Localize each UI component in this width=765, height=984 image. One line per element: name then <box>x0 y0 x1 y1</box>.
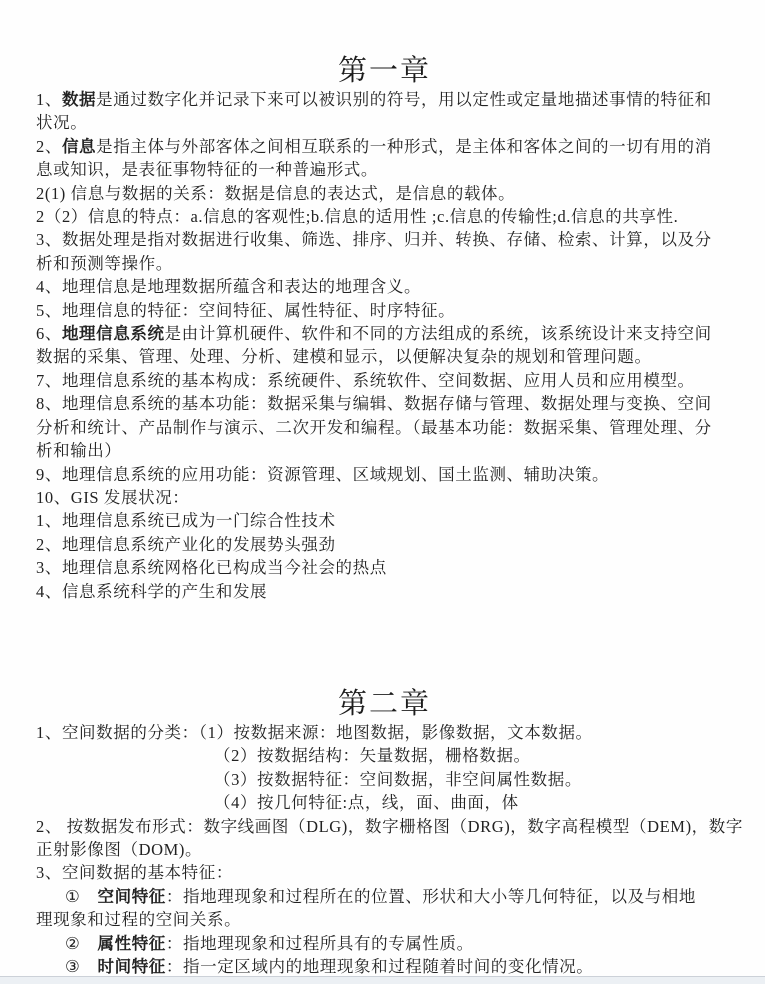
chapter-title: 第二章 <box>36 687 733 721</box>
text-segment: （2）按数据结构：矢量数据，栅格数据。 <box>214 746 531 765</box>
text-segment: 是通过数字化并记录下来可以被识别的符号，用以定性或定量地描述事情的特征和 <box>96 90 712 109</box>
text-line: 析和预测等操作。 <box>36 252 733 275</box>
text-line: ② 属性特征：指地理现象和过程所具有的专属性质。 <box>36 932 733 955</box>
text-line: 2、地理信息系统产业化的发展势头强劲 <box>36 533 733 556</box>
chapter-lines: 1、空间数据的分类：（1）按数据来源：地图数据，影像数据，文本数据。（2）按数据… <box>36 721 733 978</box>
text-segment: ：指一定区域内的地理现象和过程随着时间的变化情况。 <box>166 957 594 976</box>
text-line: 8、地理信息系统的基本功能：数据采集与编辑、数据存储与管理、数据处理与变换、空间 <box>36 392 733 415</box>
text-line: 6、地理信息系统是由计算机硬件、软件和不同的方法组成的系统，该系统设计来支持空间 <box>36 322 733 345</box>
text-segment: 正射影像图（DOM)。 <box>36 840 202 859</box>
text-segment: 3、地理信息系统网格化已构成当今社会的热点 <box>36 558 387 577</box>
text-segment: 分析和统计、产品制作与演示、二次开发和编程。（最基本功能：数据采集、管理处理、分 <box>36 418 712 437</box>
page-bottom-edge <box>0 976 765 984</box>
text-line: 息或知识，是表征事物特征的一种普遍形式。 <box>36 158 733 181</box>
chapter-title: 第一章 <box>36 54 733 88</box>
text-segment: 2、 按数据发布形式：数字线画图（DLG)，数字栅格图（DRG)，数字高程模型（… <box>36 817 743 836</box>
text-line: 分析和统计、产品制作与演示、二次开发和编程。（最基本功能：数据采集、管理处理、分 <box>36 416 733 439</box>
text-line: 9、地理信息系统的应用功能：资源管理、区域规划、国土监测、辅助决策。 <box>36 463 733 486</box>
document-content: 第一章 1、数据是通过数字化并记录下来可以被识别的符号，用以定性或定量地描述事情… <box>36 0 733 978</box>
text-line: （4）按几何特征:点，线，面、曲面，体 <box>36 791 733 814</box>
chapter-lines: 1、数据是通过数字化并记录下来可以被识别的符号，用以定性或定量地描述事情的特征和… <box>36 88 733 603</box>
text-segment: 2、地理信息系统产业化的发展势头强劲 <box>36 535 336 554</box>
text-line: 3、空间数据的基本特征： <box>36 861 733 884</box>
text-segment: 3、空间数据的基本特征： <box>36 863 233 882</box>
text-segment: （3）按数据特征：空间数据，非空间属性数据。 <box>214 770 582 789</box>
text-line: 3、数据处理是指对数据进行收集、筛选、排序、归并、转换、存储、检索、计算，以及分 <box>36 228 733 251</box>
text-segment: 析和输出） <box>36 441 122 460</box>
text-line: ③ 时间特征：指一定区域内的地理现象和过程随着时间的变化情况。 <box>36 955 733 978</box>
chapter-2: 第二章 1、空间数据的分类：（1）按数据来源：地图数据，影像数据，文本数据。（2… <box>36 687 733 978</box>
text-segment: 10、GIS 发展状况： <box>36 488 189 507</box>
bold-term: 信息 <box>62 137 96 156</box>
text-line: 正射影像图（DOM)。 <box>36 838 733 861</box>
bold-term: 空间特征 <box>98 887 166 906</box>
text-segment: 1、 <box>36 90 62 109</box>
text-segment: 2(1) 信息与数据的关系：数据是信息的表达式，是信息的载体。 <box>36 184 515 203</box>
text-segment: 是指主体与外部客体之间相互联系的一种形式，是主体和客体之间的一切有用的消 <box>96 137 712 156</box>
text-line: 1、数据是通过数字化并记录下来可以被识别的符号，用以定性或定量地描述事情的特征和 <box>36 88 733 111</box>
text-line: 2、 按数据发布形式：数字线画图（DLG)，数字栅格图（DRG)，数字高程模型（… <box>36 815 733 838</box>
text-segment: 2、 <box>36 137 62 156</box>
text-segment: 7、地理信息系统的基本构成：系统硬件、系统软件、空间数据、应用人员和应用模型。 <box>36 371 695 390</box>
text-segment: ：指地理现象和过程所在的位置、形状和大小等几何特征，以及与相地 <box>166 887 696 906</box>
text-segment: 是由计算机硬件、软件和不同的方法组成的系统，该系统设计来支持空间 <box>165 324 712 343</box>
text-line: 3、地理信息系统网格化已构成当今社会的热点 <box>36 556 733 579</box>
document-page: 第一章 1、数据是通过数字化并记录下来可以被识别的符号，用以定性或定量地描述事情… <box>0 0 765 984</box>
bold-term: 属性特征 <box>98 934 166 953</box>
text-segment: 8、地理信息系统的基本功能：数据采集与编辑、数据存储与管理、数据处理与变换、空间 <box>36 394 712 413</box>
text-segment: 3、数据处理是指对数据进行收集、筛选、排序、归并、转换、存储、检索、计算，以及分 <box>36 230 712 249</box>
text-segment: 9、地理信息系统的应用功能：资源管理、区域规划、国土监测、辅助决策。 <box>36 465 609 484</box>
text-line: 5、地理信息的特征：空间特征、属性特征、时序特征。 <box>36 299 733 322</box>
text-line: 7、地理信息系统的基本构成：系统硬件、系统软件、空间数据、应用人员和应用模型。 <box>36 369 733 392</box>
text-line: （3）按数据特征：空间数据，非空间属性数据。 <box>36 768 733 791</box>
text-segment: ：指地理现象和过程所具有的专属性质。 <box>166 934 474 953</box>
text-line: 理现象和过程的空间关系。 <box>36 908 733 931</box>
text-segment: 数据的采集、管理、处理、分析、建模和显示，以便解决复杂的规划和管理问题。 <box>36 347 652 366</box>
text-segment: ③ <box>65 957 98 976</box>
text-line: ① 空间特征：指地理现象和过程所在的位置、形状和大小等几何特征，以及与相地 <box>36 885 733 908</box>
text-segment: 4、信息系统科学的产生和发展 <box>36 582 267 601</box>
bold-term: 数据 <box>62 90 96 109</box>
text-line: 1、空间数据的分类：（1）按数据来源：地图数据，影像数据，文本数据。 <box>36 721 733 744</box>
text-segment: ① <box>65 887 98 906</box>
text-line: 10、GIS 发展状况： <box>36 486 733 509</box>
text-segment: 6、 <box>36 324 62 343</box>
text-line: 数据的采集、管理、处理、分析、建模和显示，以便解决复杂的规划和管理问题。 <box>36 345 733 368</box>
text-segment: 1、空间数据的分类：（1）按数据来源：地图数据，影像数据，文本数据。 <box>36 723 593 742</box>
text-line: 1、地理信息系统已成为一门综合性技术 <box>36 509 733 532</box>
text-segment: 4、地理信息是地理数据所蕴含和表达的地理含义。 <box>36 277 421 296</box>
text-segment: ② <box>65 934 98 953</box>
text-segment: 息或知识，是表征事物特征的一种普遍形式。 <box>36 160 378 179</box>
text-segment: （4）按几何特征:点，线，面、曲面，体 <box>214 793 519 812</box>
text-line: 4、地理信息是地理数据所蕴含和表达的地理含义。 <box>36 275 733 298</box>
bold-term: 地理信息系统 <box>62 324 165 343</box>
bold-term: 时间特征 <box>98 957 166 976</box>
text-line: 2（2）信息的特点：a.信息的客观性;b.信息的适用性 ;c.信息的传输性;d.… <box>36 205 733 228</box>
text-segment: 析和预测等操作。 <box>36 254 173 273</box>
text-segment: 1、地理信息系统已成为一门综合性技术 <box>36 511 336 530</box>
text-segment: 理现象和过程的空间关系。 <box>36 910 241 929</box>
text-line: 状况。 <box>36 111 733 134</box>
text-line: 2、信息是指主体与外部客体之间相互联系的一种形式，是主体和客体之间的一切有用的消 <box>36 135 733 158</box>
text-segment: 状况。 <box>36 113 87 132</box>
text-line: （2）按数据结构：矢量数据，栅格数据。 <box>36 744 733 767</box>
text-line: 2(1) 信息与数据的关系：数据是信息的表达式，是信息的载体。 <box>36 182 733 205</box>
text-segment: 2（2）信息的特点：a.信息的客观性;b.信息的适用性 ;c.信息的传输性;d.… <box>36 207 678 226</box>
text-line: 4、信息系统科学的产生和发展 <box>36 580 733 603</box>
text-line: 析和输出） <box>36 439 733 462</box>
text-segment: 5、地理信息的特征：空间特征、属性特征、时序特征。 <box>36 301 455 320</box>
chapter-1: 第一章 1、数据是通过数字化并记录下来可以被识别的符号，用以定性或定量地描述事情… <box>36 54 733 603</box>
